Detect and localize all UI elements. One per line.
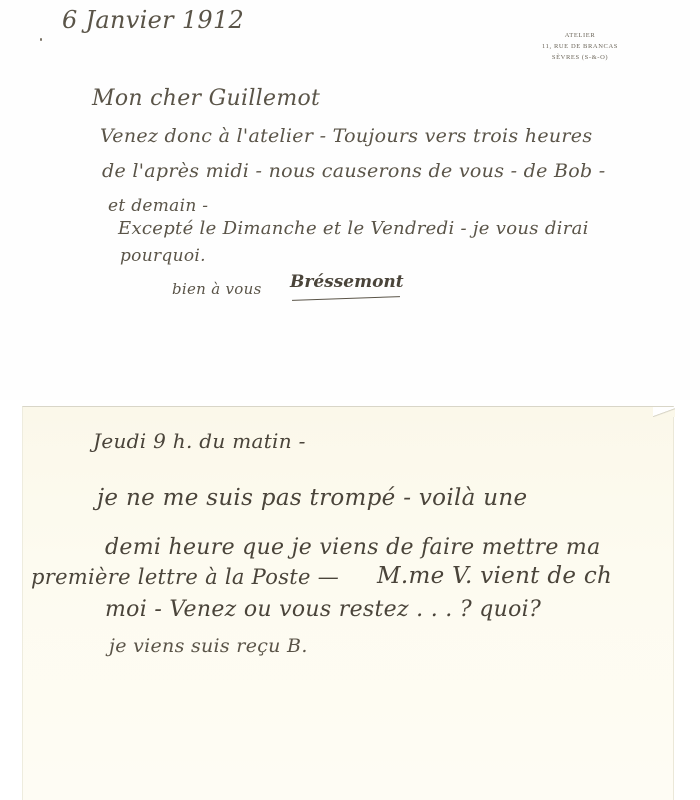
body-line-3b: M.me V. vient de ch: [377, 563, 612, 589]
letterhead-address: 11, RUE DE BRANCAS: [530, 41, 630, 52]
body-line-2: de l'après midi - nous causerons de vous…: [102, 160, 606, 182]
ink-mark: [40, 38, 42, 41]
body-line-5: pourquoi.: [120, 246, 206, 266]
body-line-4: moi - Venez ou vous restez . . . ? quoi?: [105, 597, 541, 622]
letter-page-top: 6 Janvier 1912 ATELIER 11, RUE DE BRANCA…: [0, 0, 700, 400]
body-line-1: Venez donc à l'atelier - Toujours vers t…: [100, 125, 592, 147]
body-line-5: je viens suis reçu B.: [109, 635, 308, 657]
letter-heading: Jeudi 9 h. du matin -: [93, 429, 306, 453]
letterhead: ATELIER 11, RUE DE BRANCAS SÈVRES (S-&-O…: [530, 30, 630, 63]
body-line-2: demi heure que je viens de faire mettre …: [105, 535, 601, 560]
body-line-4: Excepté le Dimanche et le Vendredi - je …: [118, 218, 589, 239]
body-line-1: je ne me suis pas trompé - voilà une: [97, 485, 527, 511]
closing: bien à vous: [172, 280, 262, 298]
letterhead-city: SÈVRES (S-&-O): [530, 52, 630, 63]
letterhead-title: ATELIER: [530, 30, 630, 41]
salutation: Mon cher Guillemot: [92, 86, 320, 111]
signature: Bréssemont: [290, 272, 404, 292]
body-line-3: et demain -: [108, 196, 208, 216]
letter-date: 6 Janvier 1912: [62, 6, 244, 34]
signature-underline: [292, 296, 400, 301]
letter-page-bottom: Jeudi 9 h. du matin - je ne me suis pas …: [22, 406, 674, 800]
body-line-3: première lettre à la Poste —: [31, 565, 339, 589]
